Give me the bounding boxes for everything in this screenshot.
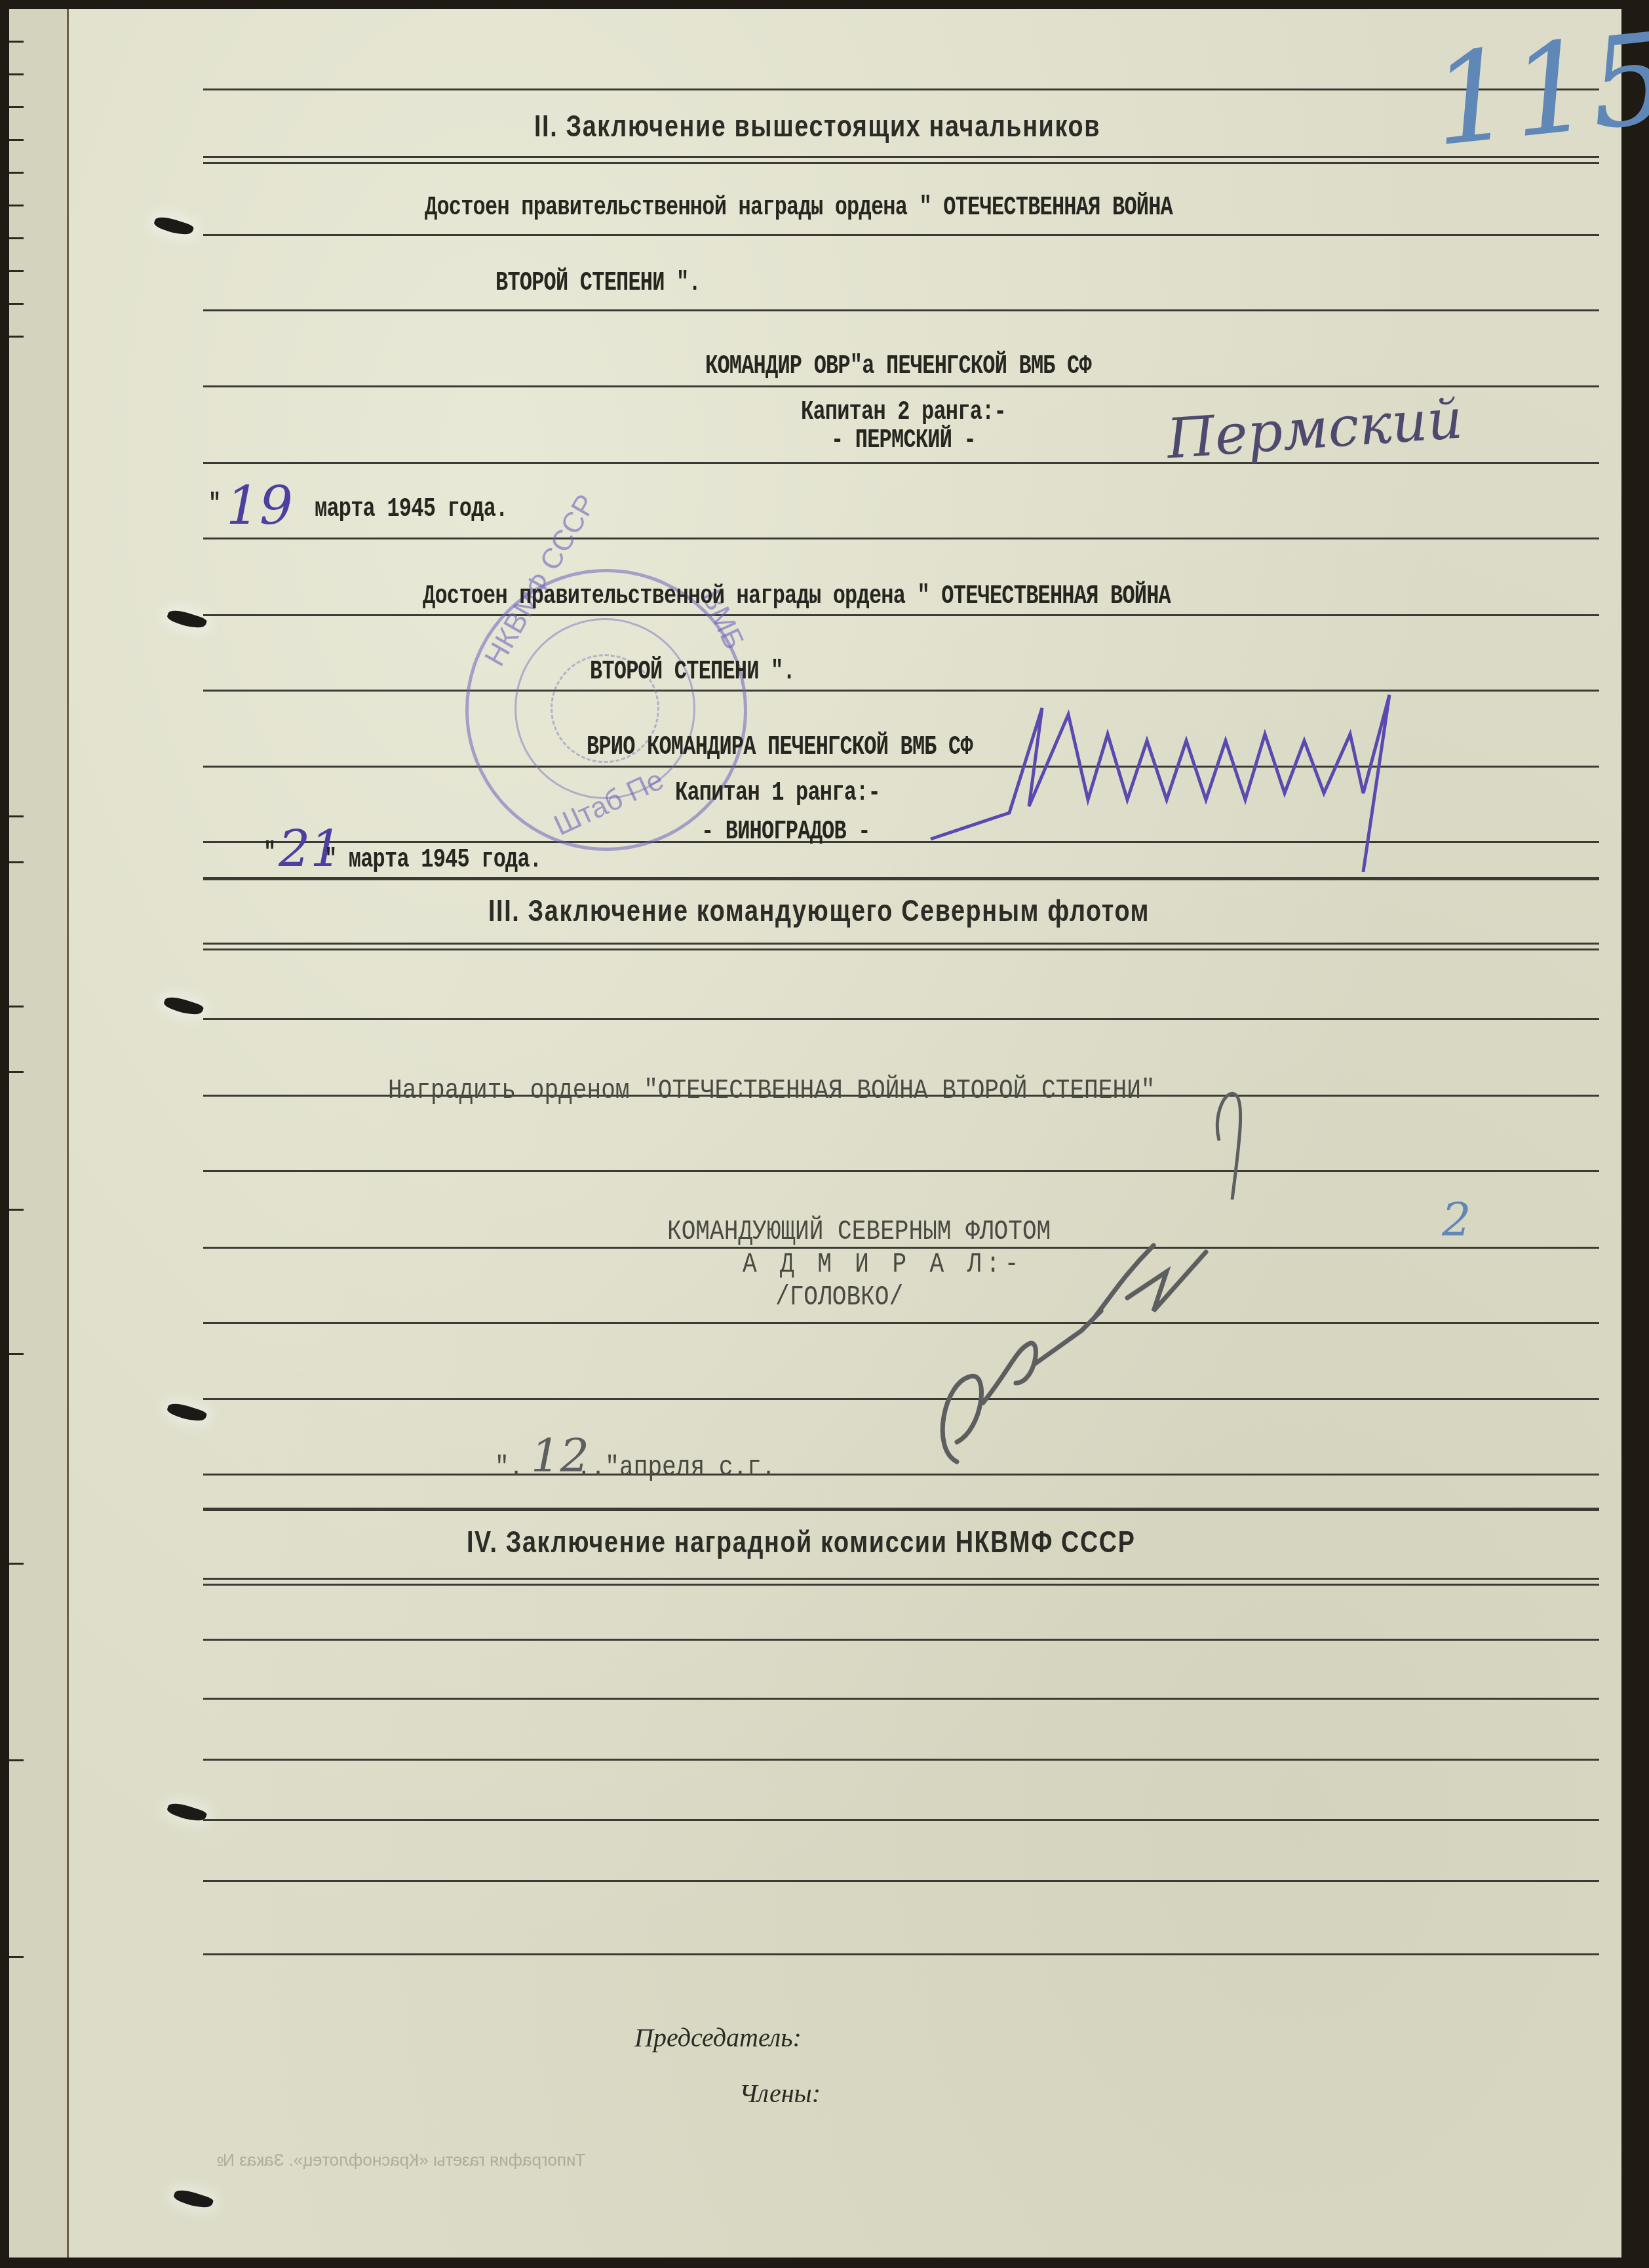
flap-rule bbox=[9, 1006, 24, 1007]
members-label: Члены: bbox=[739, 2078, 821, 2109]
s3-date-rest: .."апреля с.г. bbox=[577, 1452, 775, 1483]
ruled-line bbox=[203, 1322, 1599, 1324]
ruled-line bbox=[203, 1398, 1599, 1400]
folded-flap bbox=[9, 9, 69, 2258]
flap-rule bbox=[9, 1353, 24, 1355]
ruled-line bbox=[203, 690, 1599, 692]
ruled-line bbox=[203, 1508, 1599, 1511]
ruled-line bbox=[203, 88, 1599, 90]
flap-rule bbox=[9, 336, 24, 338]
s2e2-date-rest: " марта 1945 года. bbox=[324, 846, 541, 875]
signature-golovko bbox=[931, 1232, 1245, 1481]
ruled-line bbox=[203, 1639, 1599, 1641]
s2e1-line-2: ВТОРОЙ СТЕПЕНИ ". bbox=[495, 269, 701, 298]
ruled-line bbox=[203, 1578, 1599, 1580]
margin-mark: 2 bbox=[1442, 1193, 1471, 1247]
flap-rule bbox=[9, 861, 24, 863]
ruled-line bbox=[203, 156, 1599, 158]
ruled-line bbox=[203, 614, 1599, 616]
s2e2-date-quote: " bbox=[263, 839, 275, 869]
flap-rule bbox=[9, 205, 24, 206]
flap-rule bbox=[9, 41, 24, 43]
flap-rule bbox=[9, 237, 24, 239]
s2e1-line-1: Достоен правительственной награды ордена… bbox=[425, 193, 1173, 223]
s2e2-line-2: ВТОРОЙ СТЕПЕНИ ". bbox=[590, 657, 795, 687]
flap-rule bbox=[9, 1563, 24, 1565]
chairman-label: Председатель: bbox=[634, 2022, 802, 2053]
ruled-line bbox=[203, 1819, 1599, 1821]
s2e1-date-quote: " bbox=[208, 490, 220, 520]
flap-rule bbox=[9, 172, 24, 174]
ruled-line bbox=[203, 1953, 1599, 1955]
flap-rule bbox=[9, 270, 24, 272]
s2e2-line-1: Достоен правительственной награды ордена… bbox=[423, 582, 1171, 612]
s3-name: /ГОЛОВКО/ bbox=[775, 1281, 903, 1313]
ruled-line bbox=[203, 385, 1599, 387]
s2e1-date-day: 19 bbox=[226, 475, 293, 536]
s3-date-prefix: ". bbox=[495, 1452, 523, 1483]
ruled-line bbox=[203, 1474, 1599, 1476]
flap-rule bbox=[9, 1759, 24, 1761]
s2e2-name: - ВИНОГРАДОВ - bbox=[701, 817, 870, 847]
flap-rule bbox=[9, 1956, 24, 1958]
ruled-line bbox=[203, 1018, 1599, 1020]
ruled-line bbox=[203, 309, 1599, 311]
flap-rule bbox=[9, 1071, 24, 1073]
section-2-heading: II. Заключение вышестоящих начальников bbox=[534, 108, 1100, 144]
signature-vinogradov bbox=[931, 695, 1560, 878]
flap-rule bbox=[9, 73, 24, 75]
flap-rule bbox=[9, 815, 24, 817]
s2e1-name: - ПЕРМСКИЙ - bbox=[831, 426, 976, 456]
s2e1-date-rest: марта 1945 года. bbox=[315, 495, 507, 524]
s3-resolution: Наградить орденом "ОТЕЧЕСТВЕННАЯ ВОЙНА В… bbox=[388, 1075, 1155, 1106]
flap-rule bbox=[9, 139, 24, 141]
ruled-line bbox=[203, 462, 1599, 464]
ruled-line bbox=[203, 234, 1599, 236]
ruled-line bbox=[203, 943, 1599, 945]
s2e2-rank: Капитан 1 ранга:- bbox=[675, 779, 880, 808]
ruled-line bbox=[203, 1170, 1599, 1172]
document-page bbox=[9, 9, 1621, 2258]
ruled-line bbox=[203, 538, 1599, 539]
ruled-line bbox=[203, 1698, 1599, 1700]
show-through-imprint: Типография газеты «Краснофлотец». Заказ … bbox=[216, 2150, 585, 2170]
flap-rule bbox=[9, 1209, 24, 1211]
section-3-heading: III. Заключение командующего Северным фл… bbox=[488, 893, 1150, 928]
handwritten-page-number: 1159 bbox=[1426, 0, 1649, 174]
section-4-heading: IV. Заключение наградной комиссии НКВМФ … bbox=[467, 1524, 1136, 1559]
s2e2-position: ВРИО КОМАНДИРА ПЕЧЕНГСКОЙ ВМБ СФ bbox=[587, 733, 973, 762]
pencil-mark bbox=[1212, 1088, 1252, 1206]
flap-rule bbox=[9, 106, 24, 108]
ruled-line bbox=[203, 1880, 1599, 1882]
ruled-line bbox=[203, 1759, 1599, 1761]
flap-rule bbox=[9, 303, 24, 305]
s2e1-position: КОМАНДИР ОВР"а ПЕЧЕНГСКОЙ ВМБ СФ bbox=[705, 352, 1091, 381]
s2e1-rank: Капитан 2 ранга:- bbox=[801, 398, 1006, 427]
